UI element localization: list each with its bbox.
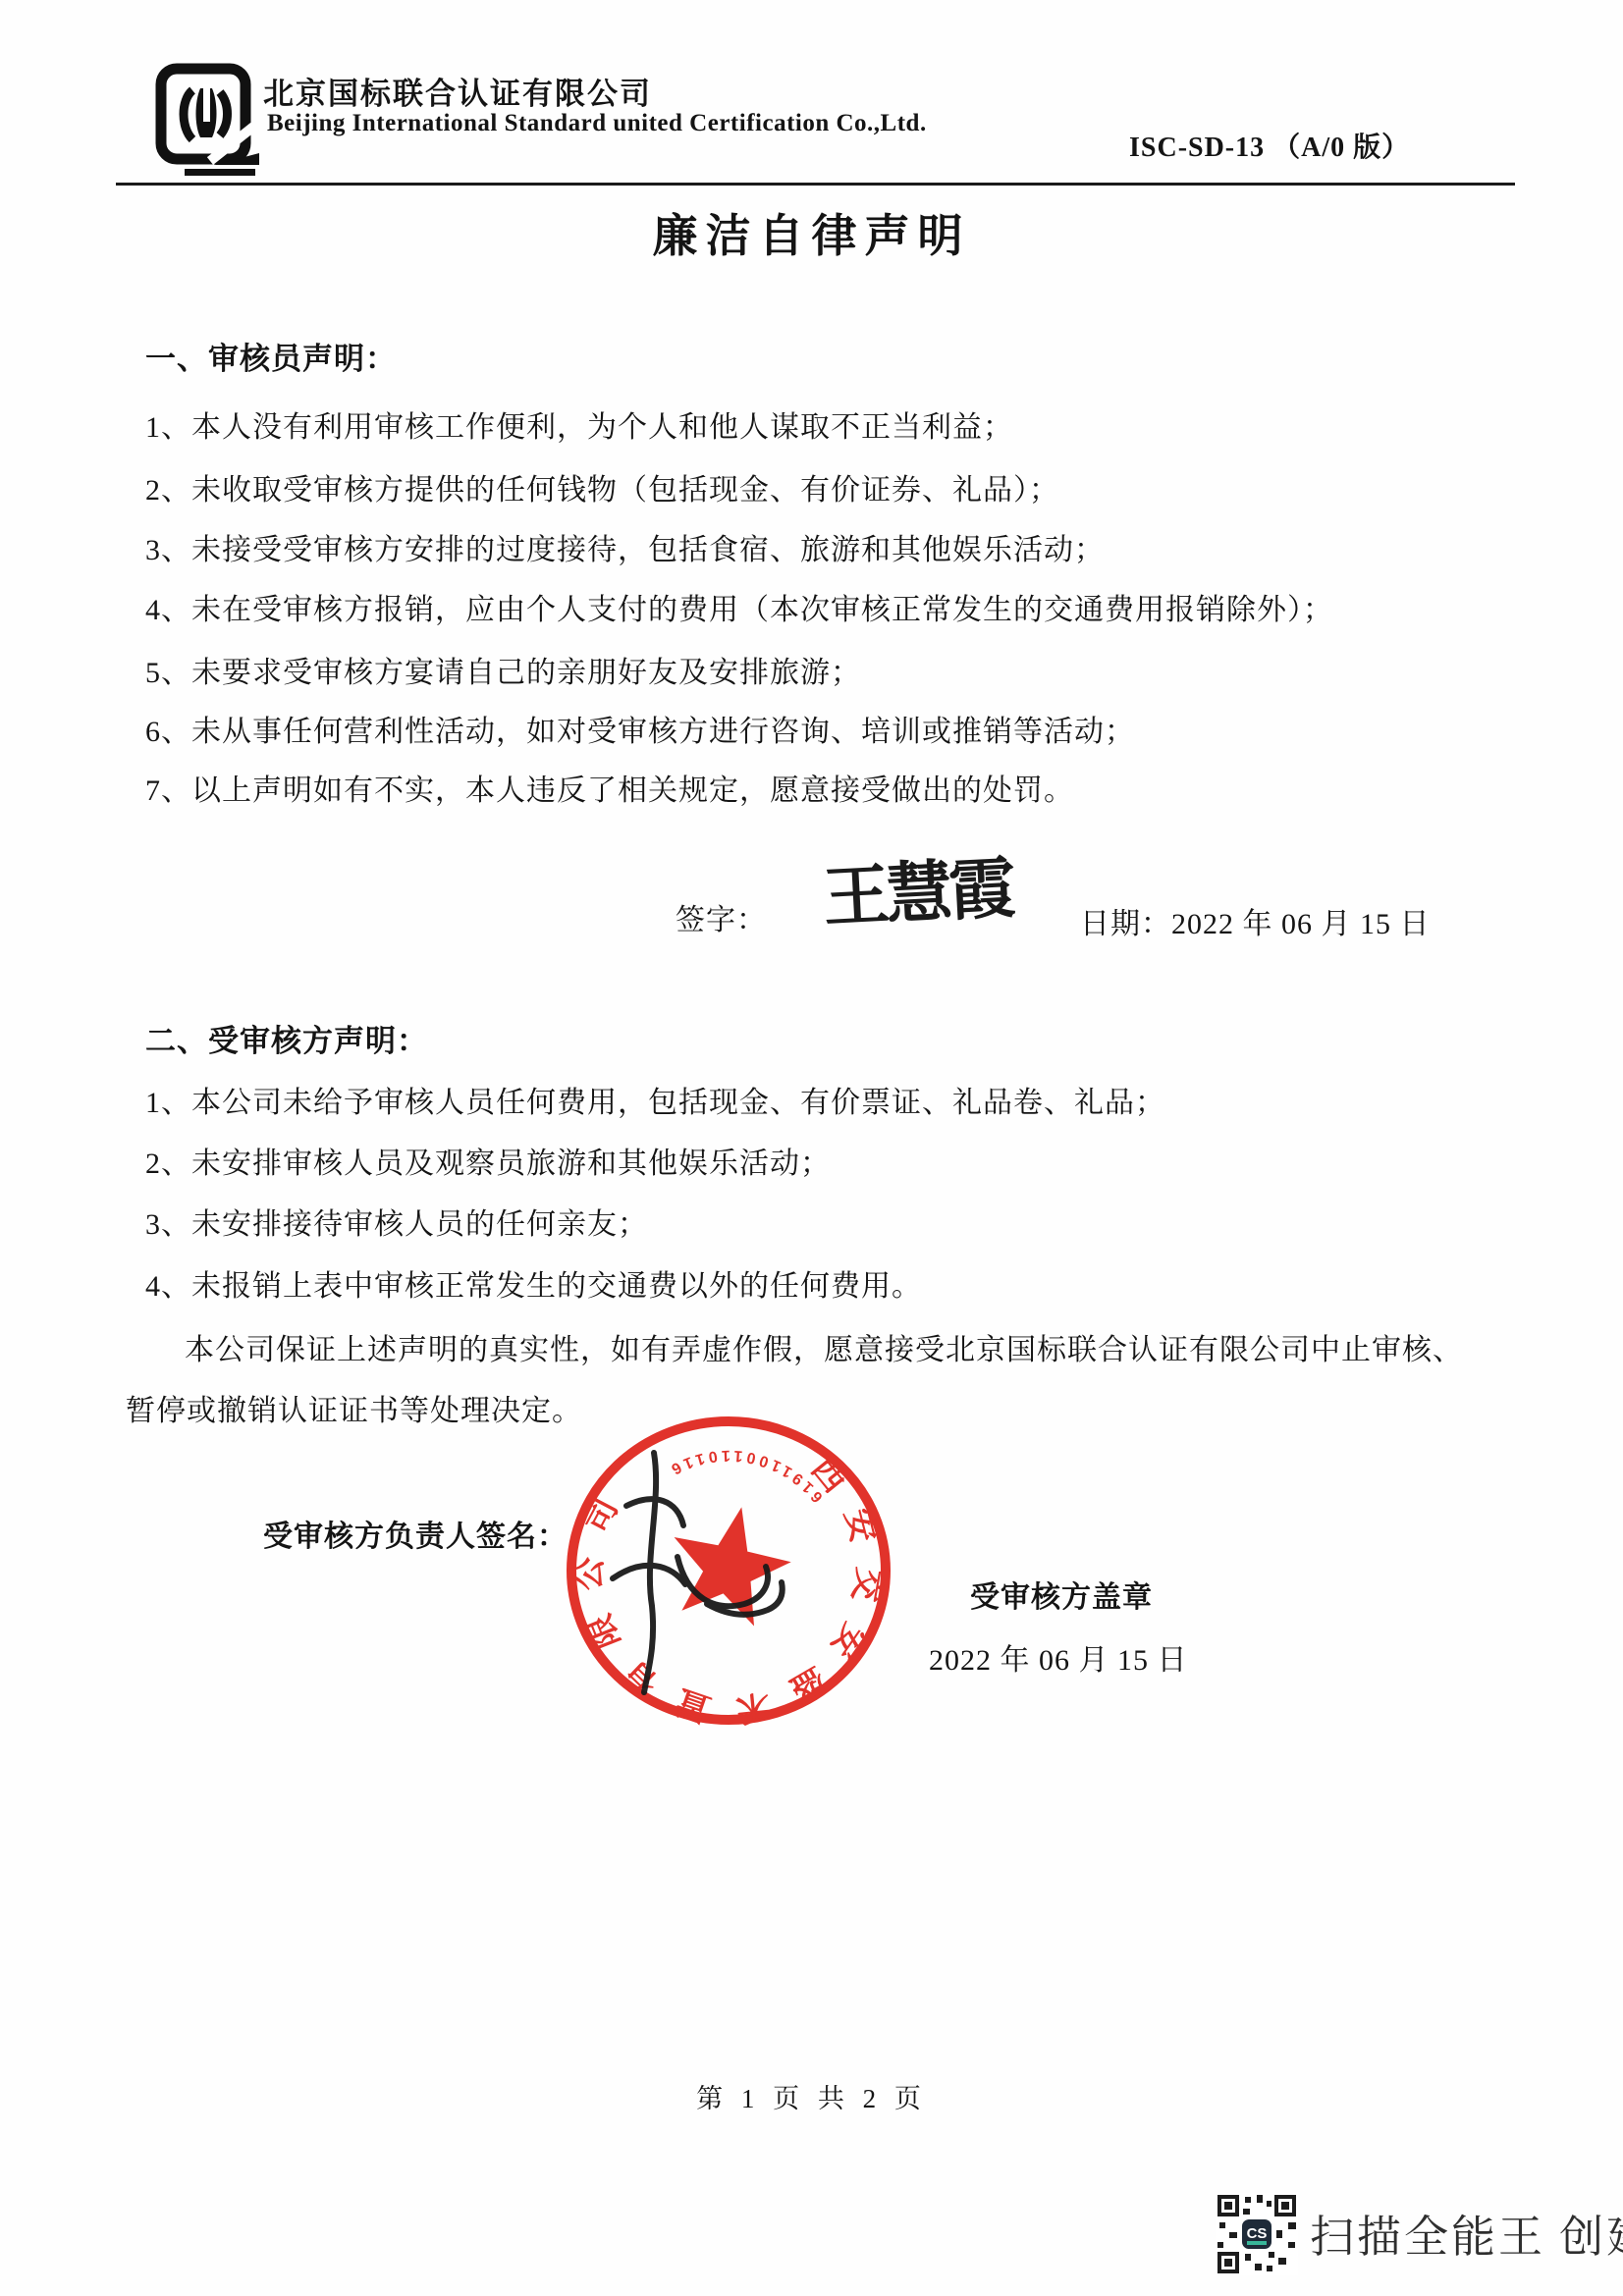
commitment-line-1: 本公司保证上述声明的真实性，如有弄虚作假，愿意接受北京国标联合认证有限公司中止审… <box>185 1325 1463 1368</box>
auditee-sign-label: 受审核方负责人签名： <box>263 1512 568 1555</box>
auditor-item-3: 3、未接受受审核方安排的过度接待，包括食宿、旅游和其他娱乐活动； <box>145 525 1105 568</box>
commitment-line-2: 暂停或撤销认证证书等处理决定。 <box>126 1386 582 1429</box>
auditor-item-1: 1、本人没有利用审核工作便利，为个人和他人谋取不正当利益； <box>145 402 1013 446</box>
auditor-item-6: 6、未从事任何营利性活动，如对受审核方进行咨询、培训或推销等活动； <box>145 707 1135 750</box>
stamp-label: 受审核方盖章 <box>970 1573 1153 1616</box>
auditee-item-3: 3、未安排接待审核人员的任何亲友； <box>145 1200 648 1243</box>
auditor-item-7: 7、以上声明如有不实，本人违反了相关规定，愿意接受做出的处罚。 <box>145 766 1074 809</box>
svg-text:6191100110116: 6191100110116 <box>664 1447 826 1506</box>
auditee-item-4: 4、未报销上表中审核正常发生的交通费以外的任何费用。 <box>145 1261 922 1305</box>
auditee-item-1: 1、本公司未给予审核人员任何费用，包括现金、有价票证、礼品卷、礼品； <box>145 1078 1165 1121</box>
auditor-item-4: 4、未在受审核方报销，应由个人支付的费用（本次审核正常发生的交通费用报销除外）； <box>145 585 1333 628</box>
page-number: 第 1 页 共 2 页 <box>0 2077 1623 2115</box>
document-page: 北京国标联合认证有限公司 Beijing International Stand… <box>0 0 1623 2296</box>
qr-code-icon: CS <box>1216 2193 1298 2275</box>
page-title: 廉洁自律声明 <box>0 200 1623 265</box>
qr-cs-logo-text: CS <box>1247 2225 1268 2242</box>
auditor-item-5: 5、未要求受审核方宴请自己的亲朋好友及安排旅游； <box>145 648 861 691</box>
company-name-en: Beijing International Standard united Ce… <box>267 110 927 137</box>
stamp-date: 2022 年 06 月 15 日 <box>929 1635 1188 1679</box>
company-logo-icon <box>155 63 263 179</box>
auditor-item-2: 2、未收取受审核方提供的任何钱物（包括现金、有价证券、礼品）； <box>145 465 1059 508</box>
scanner-credit: 扫描全能王 创建 <box>1310 2201 1623 2265</box>
sign-label: 签字： <box>676 895 767 938</box>
header-divider <box>116 183 1515 186</box>
company-name-cn: 北京国标联合认证有限公司 <box>263 69 652 113</box>
section2-heading: 二、受审核方声明： <box>145 1016 428 1060</box>
auditor-handwritten-signature: 王慧霞 <box>821 835 1014 940</box>
sign-date: 日期：2022 年 06 月 15 日 <box>1080 899 1431 942</box>
section1-heading: 一、审核员声明： <box>145 334 397 378</box>
doc-code: ISC-SD-13 （A/0 版） <box>1129 126 1410 165</box>
company-seal-stamp: 西安交安盛禾置有限公司 6191100110116 <box>560 1410 897 1735</box>
seal-serial-number: 6191100110116 <box>664 1447 826 1506</box>
auditee-item-2: 2、未安排审核人员及观察员旅游和其他娱乐活动； <box>145 1139 831 1182</box>
